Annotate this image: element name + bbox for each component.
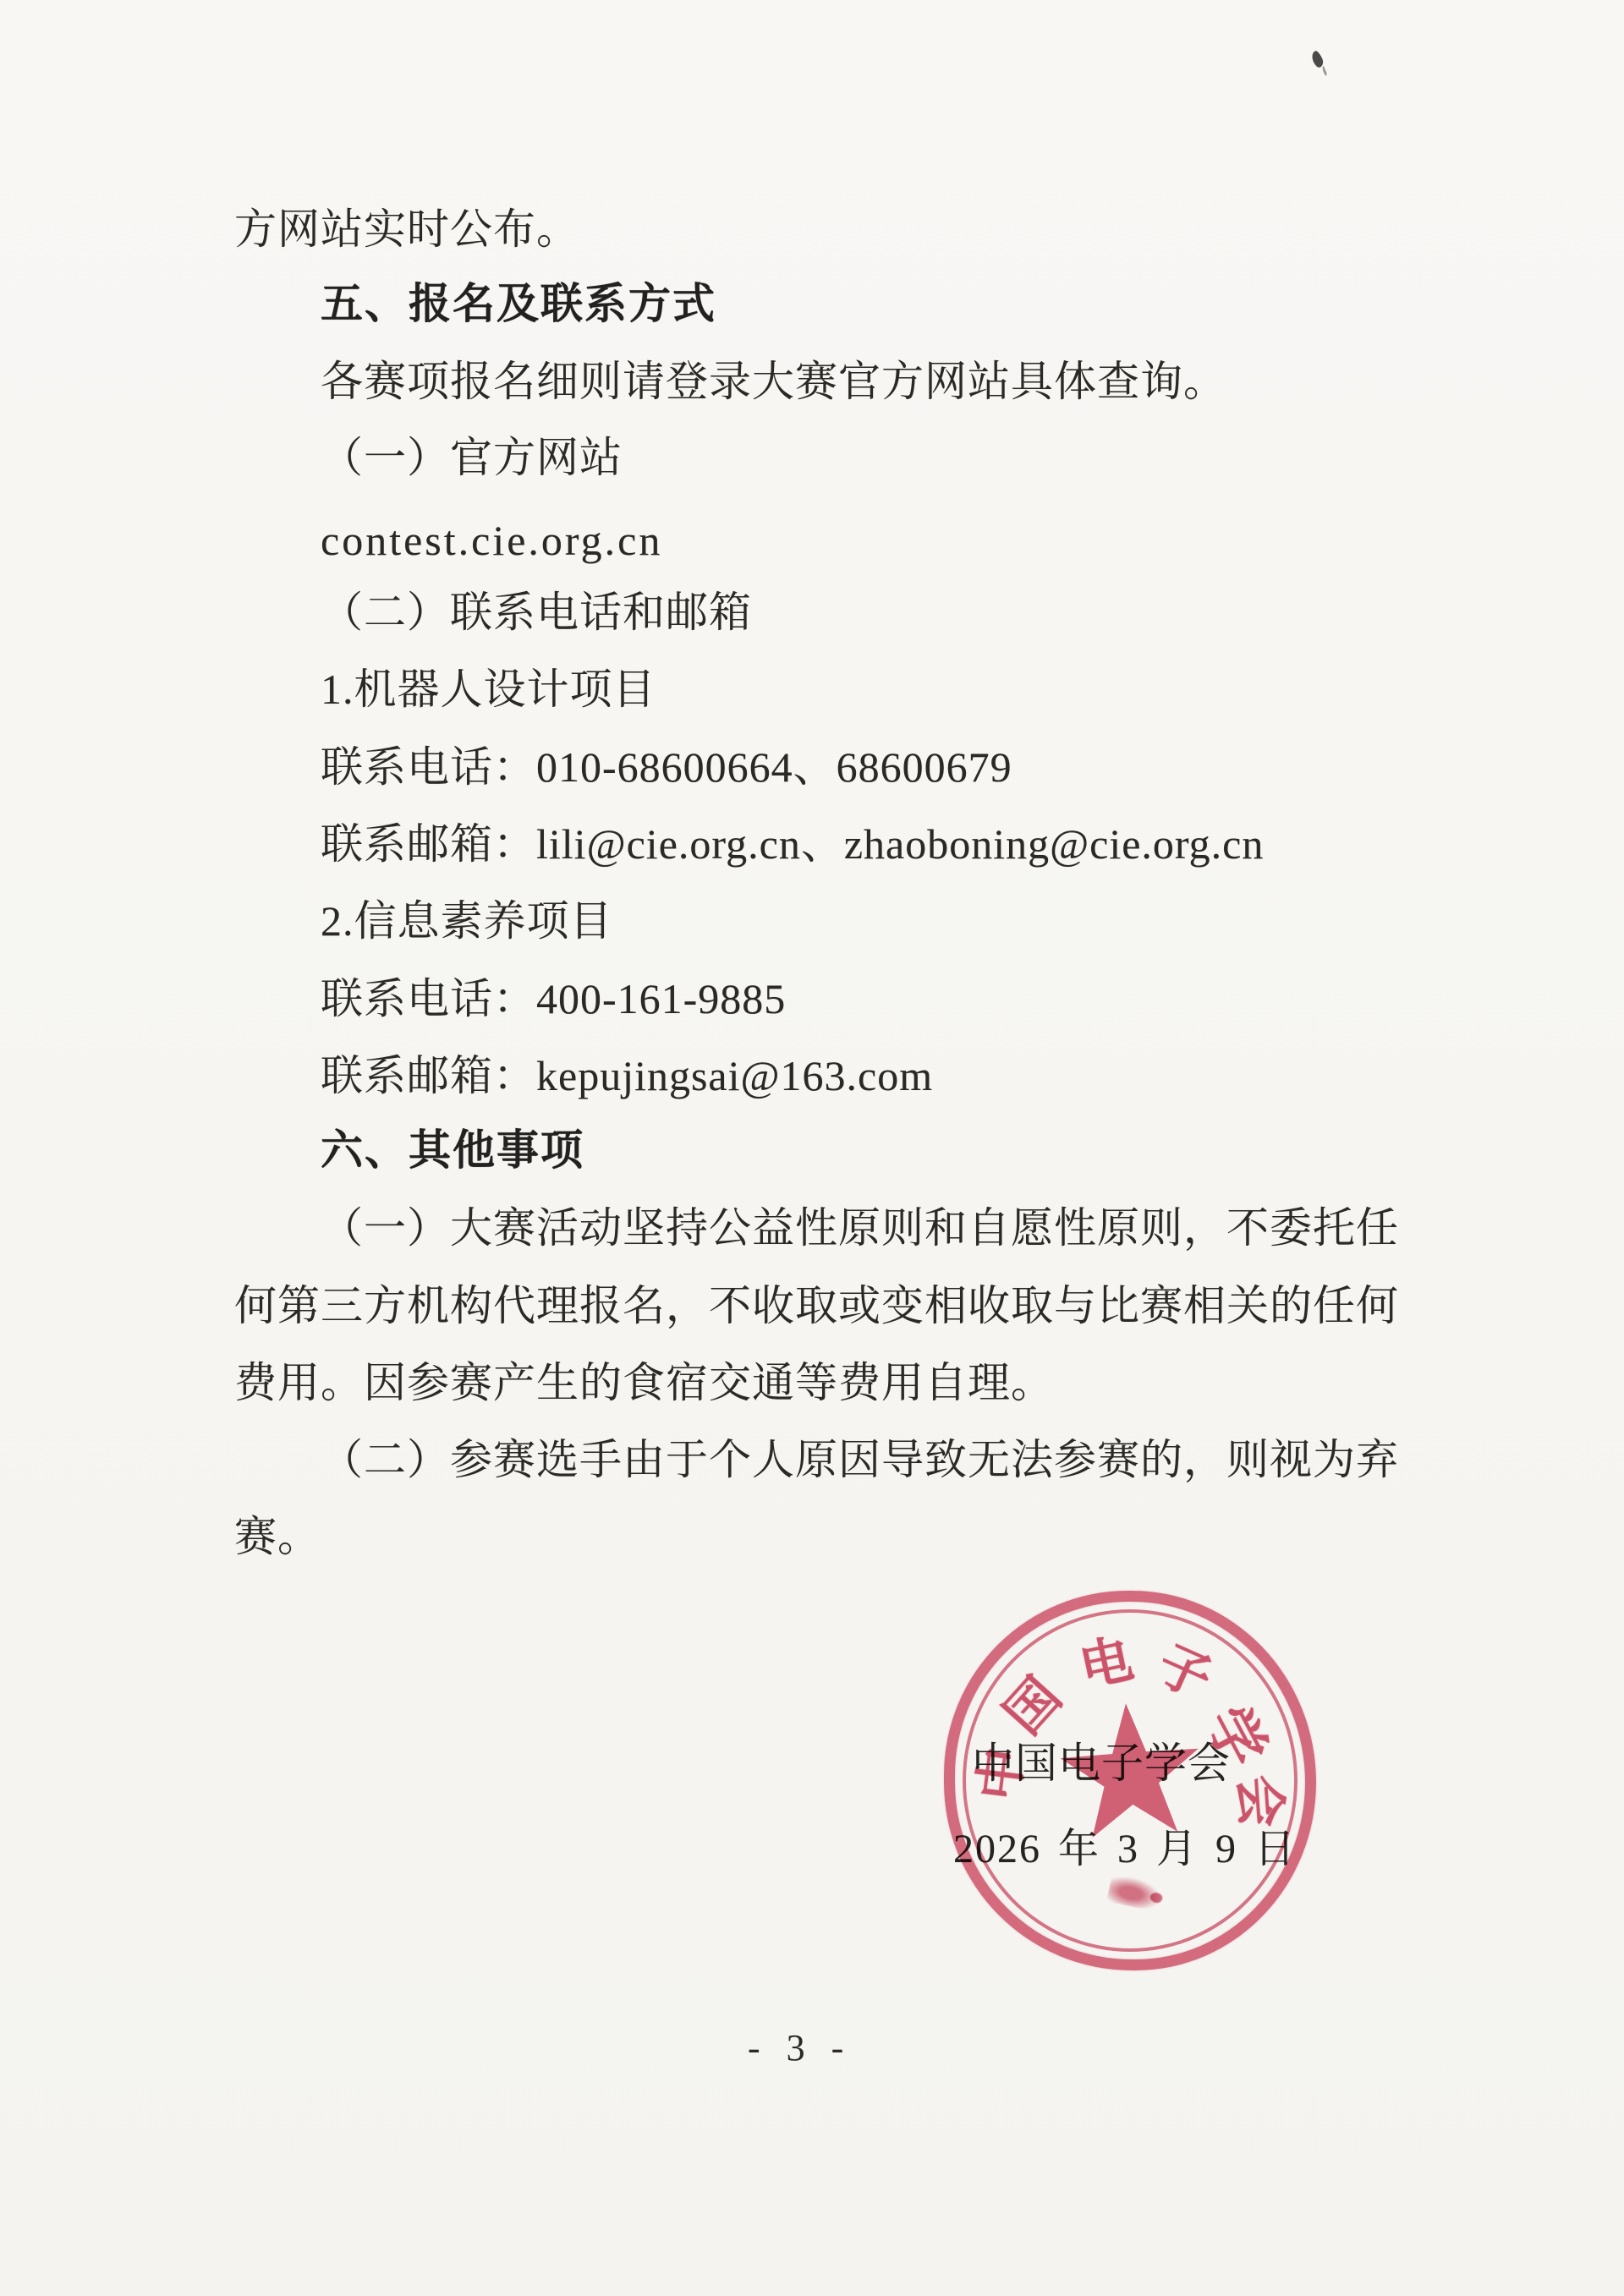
para-other-matters-1-line3: 费用。因参赛产生的食宿交通等费用自理。 xyxy=(234,1360,1054,1406)
star-icon xyxy=(1040,1685,1221,1866)
body-line-website-publish: 方网站实时公布。 xyxy=(234,206,579,253)
scanned-document-page: { "page": { "number": "- 3 -" }, "docume… xyxy=(0,0,1624,2296)
item-robot-design-project: 1.机器人设计项目 xyxy=(321,666,656,713)
ink-speck xyxy=(1309,50,1325,69)
seal-ring-char: 会 xyxy=(1230,1773,1287,1830)
item-information-literacy-project: 2.信息素养项目 xyxy=(321,898,613,945)
subheading-official-website: （一）官方网站 xyxy=(321,435,623,481)
heading-other-matters: 六、其他事项 xyxy=(321,1127,584,1174)
para-other-matters-1-line2: 何第三方机构代理报名，不收取或变相收取与比赛相关的任何 xyxy=(234,1283,1399,1329)
para-other-matters-2-line2: 赛。 xyxy=(234,1514,321,1560)
official-website-url: contest.cie.org.cn xyxy=(321,518,662,564)
robot-project-email: 联系邮箱：lili@cie.org.cn、zhaoboning@cie.org.… xyxy=(321,821,1264,868)
subheading-phone-and-email: （二）联系电话和邮箱 xyxy=(321,589,752,636)
seal-ring-char: 中 xyxy=(972,1744,1032,1804)
seal-ring-char: 电 xyxy=(1074,1632,1138,1696)
para-other-matters-1-line1: （一）大赛活动坚持公益性原则和自愿性原则，不委托任 xyxy=(321,1205,1399,1252)
page-number: - 3 - xyxy=(748,2028,848,2069)
para-registration-note: 各赛项报名细则请登录大赛官方网站具体查询。 xyxy=(321,359,1226,405)
robot-project-phone: 联系电话：010-68600664、68600679 xyxy=(321,744,1012,791)
para-other-matters-2-line1: （二）参赛选手由于个人原因导致无法参赛的，则视为弃 xyxy=(321,1437,1399,1483)
heading-registration-and-contact: 五、报名及联系方式 xyxy=(321,281,716,327)
info-project-phone: 联系电话：400-161-9885 xyxy=(321,976,786,1022)
info-project-email: 联系邮箱：kepujingsai@163.com xyxy=(321,1053,933,1099)
